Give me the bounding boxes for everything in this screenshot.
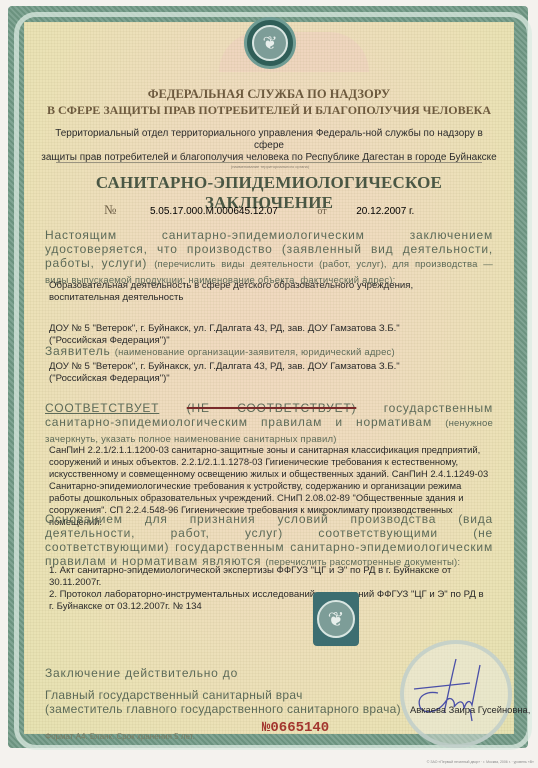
- validity-row: Заключение действительно до: [45, 666, 238, 680]
- territorial-org: Территориальный отдел территориального у…: [40, 128, 498, 164]
- applicant-label-row: Заявитель (наименование организации-заяв…: [45, 344, 493, 360]
- printer-fineprint: © ЗАО «Первый печатный двор» · г. Москва…: [380, 760, 534, 764]
- activity-intro: Настоящим санитарно-эпидемиологическим з…: [45, 228, 493, 288]
- agency-title-line2: В СФЕРЕ ЗАЩИТЫ ПРАВ ПОТРЕБИТЕЛЕЙ И БЛАГО…: [30, 103, 508, 118]
- certificate-date: 20.12.2007 г.: [356, 206, 414, 217]
- form-serial-number: №0665140: [262, 720, 329, 736]
- number-label: №: [104, 202, 116, 217]
- complies-option: СООТВЕТСТВУЕТ: [45, 401, 159, 415]
- signatory-title: Главный государственный санитарный врач …: [45, 688, 415, 716]
- applicant-label: Заявитель: [45, 344, 111, 358]
- date-label: от: [317, 206, 326, 217]
- activity-value: Образовательная деятельность в сфере дет…: [49, 280, 479, 304]
- number-row: № 5.05.17.000.М.000645.12.07 от 20.12.20…: [104, 202, 414, 218]
- not-complies-option-struck: (НЕ СООТВЕТСТВУЕТ): [187, 401, 357, 415]
- signatory-title-line2: (заместитель главного государственного с…: [45, 702, 415, 716]
- hologram-emblem-icon: ❦: [313, 592, 359, 646]
- basis-document-1: 1. Акт санитарно-эпидемиологической эксп…: [49, 565, 489, 589]
- certificate-number: 5.05.17.000.М.000645.12.07: [150, 206, 278, 217]
- org-underline: [56, 162, 482, 163]
- basis-statement: Основанием для признания условий произво…: [45, 512, 493, 570]
- org-caption: (наименование территориального органа): [180, 164, 360, 169]
- form-format-note: Формат А4. Бланк. Срок хранения 5 лет.: [45, 732, 195, 741]
- applicant-hint: (наименование организации-заявителя, юри…: [115, 347, 395, 358]
- agency-title-line1: ФЕДЕРАЛЬНАЯ СЛУЖБА ПО НАДЗОРУ: [30, 87, 508, 102]
- validity-label: Заключение действительно до: [45, 666, 238, 680]
- double-headed-eagle-emblem-icon: ❦: [244, 17, 296, 69]
- applicant-value: ДОУ № 5 "Ветерок", г. Буйнакск, ул. Г.Да…: [49, 361, 459, 385]
- org-line1: Территориальный отдел территориального у…: [40, 128, 498, 152]
- basis-documents: 1. Акт санитарно-эпидемиологической эксп…: [49, 565, 489, 613]
- signatory-title-line1: Главный государственный санитарный врач: [45, 688, 415, 702]
- basis-document-2: 2. Протокол лабораторно-инструментальных…: [49, 589, 489, 613]
- compliance-statement: СООТВЕТСТВУЕТ (НЕ СООТВЕТСТВУЕТ) государ…: [45, 401, 493, 447]
- signatory-name: Авкаева Заира Гусейновна,: [410, 704, 530, 716]
